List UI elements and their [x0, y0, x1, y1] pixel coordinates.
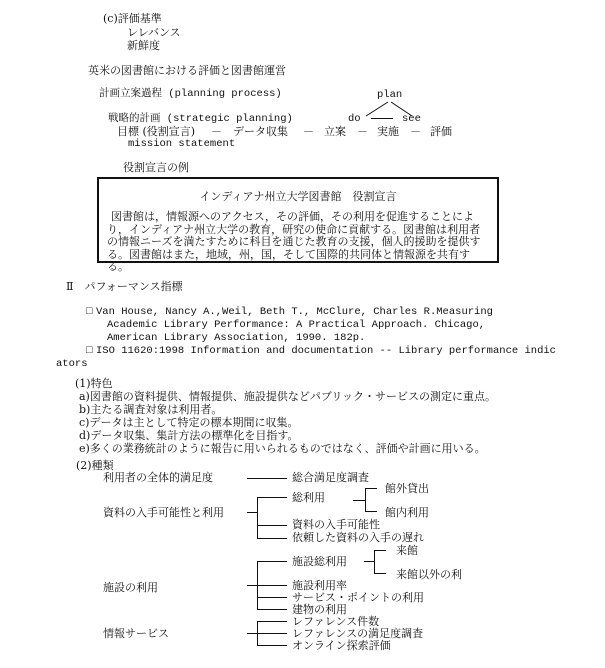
flow-step-evaluation: 評価	[430, 125, 452, 138]
section-c-item-freshness: 新鮮度	[127, 39, 160, 52]
tree-connector	[374, 550, 375, 573]
type-item-total-facility-use: 施設総利用	[292, 555, 347, 568]
tree-connector	[257, 497, 258, 539]
tree-connector	[257, 609, 287, 610]
feature-item-b: b)主たる調査対象は利用者。	[79, 403, 222, 416]
section-ii-heading: Ⅱ パフォーマンス指標	[66, 280, 183, 293]
type-subitem-external-loans: 館外貸出	[385, 482, 429, 495]
planning-process-label: 計画立案過程 (planning process)	[99, 88, 282, 101]
mission-box-title: インディアナ州立大学図書館 役割宣言	[99, 188, 497, 204]
mission-example-heading: 役割宣言の例	[123, 161, 189, 174]
type-subitem-in-library-use: 館内利用	[385, 506, 429, 519]
feature-item-e: e)多くの業務統計のように報告に用いられるものではなく、評価や計画に用いる。	[79, 442, 486, 455]
flow-step-goal: 目標 (役割宣言)	[117, 125, 195, 138]
tree-connector	[257, 621, 287, 622]
type-item-request-delay: 依頼した資料の入手の遅れ	[292, 531, 424, 544]
reference-1-line-2: Academic Library Performance: A Practica…	[107, 319, 485, 332]
flow-dash-3: －	[357, 125, 368, 138]
tree-connector	[257, 645, 287, 646]
type-item-overall-satisfaction: 総合満足度調査	[292, 471, 369, 484]
tree-connector	[247, 478, 287, 479]
flow-step-data-collection: データ収集	[233, 125, 288, 138]
type-item-material-availability: 資料の入手可能性	[292, 518, 380, 531]
reference-2-line-1: ISO 11620:1998 Information and documenta…	[96, 345, 556, 358]
feature-item-c: c)データは主として特定の標本期間に収集。	[79, 416, 298, 429]
flow-step-planning: 立案	[324, 125, 346, 138]
tree-connector	[257, 538, 287, 539]
tree-connector	[257, 597, 287, 598]
reference-2-line-2: ators	[56, 358, 88, 371]
reference-2-bullet: □	[86, 345, 92, 358]
cycle-do-see-connector	[371, 118, 393, 119]
reference-1-line-3: American Library Association, 1990. 182p…	[107, 332, 365, 345]
mission-statement-label: mission statement	[128, 138, 235, 151]
type-group-material-availability: 資料の入手可能性と利用	[103, 506, 224, 519]
tree-connector	[257, 497, 287, 498]
tree-connector	[257, 633, 287, 634]
tree-connector	[247, 633, 257, 634]
tree-connector	[257, 525, 287, 526]
tree-connector	[365, 488, 377, 489]
type-group-facility-use: 施設の利用	[103, 581, 158, 594]
reference-1-line-1: Van House, Nancy A.,Weil, Beth T., McClu…	[96, 306, 493, 319]
reference-1-bullet: □	[86, 306, 92, 319]
flow-dash-1: －	[211, 125, 222, 138]
mission-box-body: 図書館は，情報源へのアクセス，その評価，その利用を促進することにより，インディア…	[107, 211, 491, 274]
mission-statement-box: インディアナ州立大学図書館 役割宣言 図書館は，情報源へのアクセス，その評価，そ…	[97, 177, 499, 263]
tree-connector	[247, 512, 257, 513]
type-item-online-search-evaluation: オンライン探索評価	[292, 639, 391, 652]
tree-connector	[374, 550, 386, 551]
feature-item-d: d)データ収集、集計方法の標準化を目指す。	[79, 429, 298, 442]
type-group-user-satisfaction: 利用者の全体的満足度	[103, 471, 213, 484]
tree-connector	[257, 561, 287, 562]
features-heading: (1)特色	[75, 377, 113, 390]
tree-connector	[364, 561, 374, 562]
type-item-total-use: 総利用	[292, 491, 325, 504]
evaluation-heading: 英米の図書館における評価と図書館運営	[88, 64, 286, 77]
type-group-information-services: 情報サービス	[103, 627, 169, 640]
flow-dash-2: －	[303, 125, 314, 138]
type-subitem-visits: 来館	[396, 544, 418, 557]
feature-item-a: a)図書館の資料提供、情報提供、施設提供などパブリック・サービスの測定に重点。	[79, 390, 496, 403]
tree-connector	[257, 585, 287, 586]
type-subitem-non-visit-use: 来館以外の利	[396, 568, 462, 581]
section-c-item-relevance: レレバンス	[127, 26, 181, 39]
tree-connector	[247, 585, 257, 586]
tree-connector	[365, 488, 366, 512]
flow-dash-4: －	[410, 125, 421, 138]
flow-step-implementation: 実施	[377, 125, 399, 138]
section-c-heading: (c)評価基準	[103, 12, 162, 25]
tree-connector	[374, 573, 386, 574]
tree-connector	[353, 500, 365, 501]
tree-connector	[365, 511, 377, 512]
